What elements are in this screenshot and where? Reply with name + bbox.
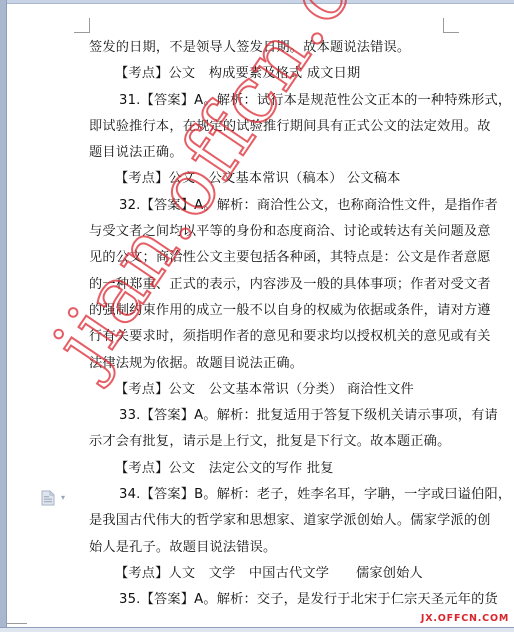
- crop-mark-top-left: [74, 18, 90, 33]
- answer-33-line: 示才会有批复，请示是上行文，批复是下行文。故本题正确。: [89, 429, 445, 455]
- answer-34-line: 34.【答案】B。解析：老子，姓李名耳，字聃，一字或曰谥伯阳，: [89, 482, 445, 508]
- answer-31-line: 即试验推行本，在规定的试验推行期间具有正式公文的法定效用。故: [89, 114, 445, 140]
- answer-31-line: 31.【答案】A。解析：试行本是规范性公文正本的一种特殊形式，: [89, 88, 445, 114]
- kaodian-line: 【考点】公文 构成要素及格式 成文日期: [89, 61, 445, 87]
- answer-31-line: 题目说法正确。: [89, 140, 445, 166]
- answer-32-line: 的强制约束作用的成立一般不以自身的权威为依据或条件，请对方遵: [89, 298, 445, 324]
- kaodian-line: 【考点】公文 法定公文的写作 批复: [89, 456, 445, 482]
- answer-35-line: 35.【答案】A。解析：交子，是发行于北宋于仁宗天圣元年的货: [89, 587, 445, 613]
- paste-options-icon[interactable]: [41, 490, 55, 506]
- kaodian-line: 【考点】公文 公文基本常识（分类） 商洽性文件: [89, 377, 445, 403]
- window-bottom-edge: [0, 627, 514, 632]
- crop-mark-top-right: [443, 18, 459, 33]
- answer-32-line: 见的公文；商洽性公文主要包括各种函，其特点是：公文是作者意愿: [89, 245, 445, 271]
- document-body[interactable]: 签发的日期，不是领导人签发日期。故本题说法错误。 【考点】公文 构成要素及格式 …: [89, 35, 445, 614]
- answer-32-line: 行有关要求时，须指明作者的意见和要求均以授权机关的意见或有关: [89, 324, 445, 350]
- answer-34-line: 始人是孔子。故题目说法错误。: [89, 535, 445, 561]
- site-logo: JX.OFFCN.COM: [418, 611, 512, 626]
- chevron-down-icon[interactable]: ▾: [61, 493, 65, 502]
- kaodian-line: 【考点】人文 文学 中国古代文学 儒家创始人: [89, 561, 445, 587]
- vertical-ruler-bar: [0, 0, 7, 632]
- answer-32-line: 法律法规为依据。故题目说法正确。: [89, 351, 445, 377]
- answer-32-line: 32.【答案】A。解析：商洽性公文，也称商洽性文件，是指作者: [89, 193, 445, 219]
- answer-32-line: 与受文者之间均以平等的身份和态度商洽、讨论或转达有关问题及意: [89, 219, 445, 245]
- crop-mark-bottom-left: [7, 623, 27, 626]
- kaodian-line: 【考点】公文 公文基本常识（稿本） 公文稿本: [89, 166, 445, 192]
- answer-34-line: 是我国古代伟大的哲学家和思想家、道家学派创始人。儒家学派的创: [89, 508, 445, 534]
- answer-33-line: 33.【答案】A。解析：批复适用于答复下级机关请示事项，有请: [89, 403, 445, 429]
- document-page: 签发的日期，不是领导人签发日期。故本题说法错误。 【考点】公文 构成要素及格式 …: [7, 4, 514, 627]
- paragraph-continuation: 签发的日期，不是领导人签发日期。故本题说法错误。: [89, 35, 445, 61]
- answer-32-line: 的一种郑重、正式的表示，内容涉及一般的具体事项；作者对受文者: [89, 272, 445, 298]
